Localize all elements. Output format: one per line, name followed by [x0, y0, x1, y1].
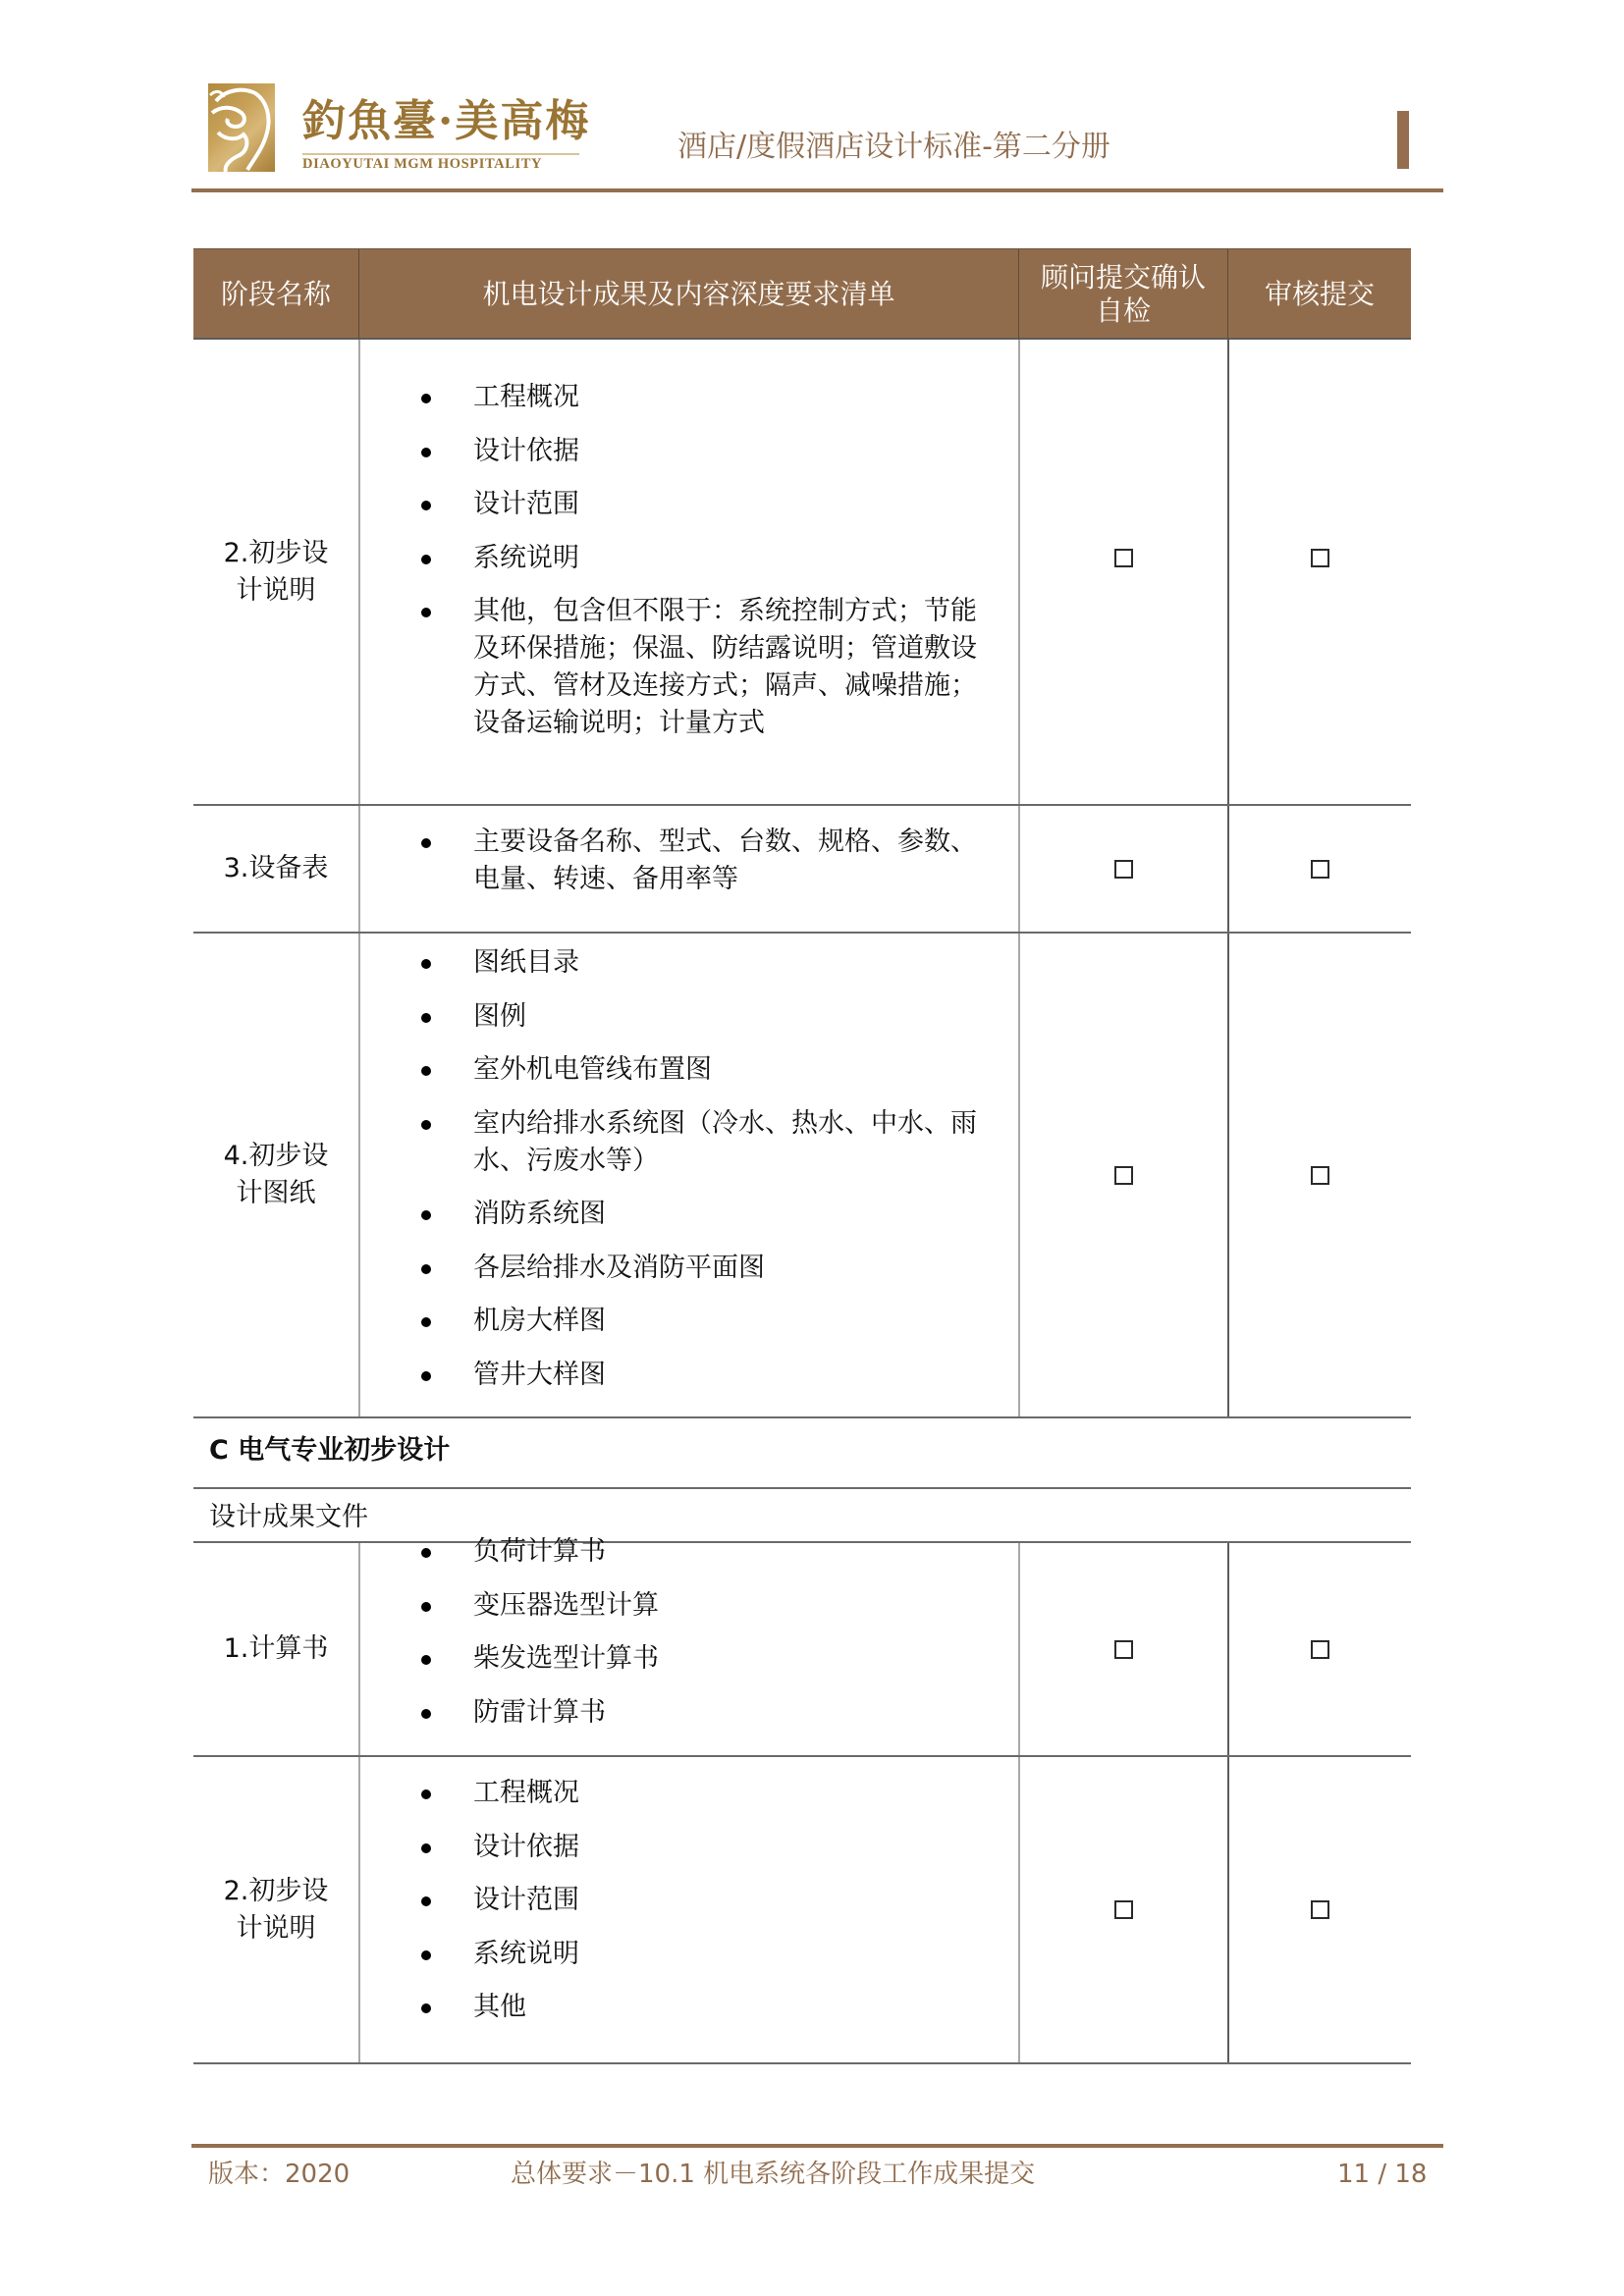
stage-name: 2.初步设计说明 — [193, 1757, 358, 2062]
bullet-icon — [421, 1371, 431, 1381]
consultant-checkbox[interactable] — [1114, 860, 1133, 879]
bullet-icon — [421, 1120, 431, 1130]
list-item: 图纸目录 — [360, 944, 1018, 982]
bullet-icon — [421, 959, 431, 969]
bullet-icon — [421, 1066, 431, 1076]
review-submit-cell — [1227, 340, 1411, 804]
consultant-checkbox[interactable] — [1114, 549, 1133, 567]
document-title: 酒店/度假酒店设计标准-第二分册 — [677, 130, 1110, 165]
bullet-icon — [421, 1317, 431, 1327]
deliverables-cell: 工程概况 设计依据 设计范围 系统说明 其他，包含但不限于：系统控制方式；节能及… — [358, 340, 1018, 804]
table-row: 4.初步设计图纸 图纸目录 图例 室外机电管线布置图 室内给排水系统图（冷水、热… — [193, 934, 1411, 1418]
footer-section: 总体要求－10.1 机电系统各阶段工作成果提交 — [511, 2158, 1035, 2191]
footer-version: 版本：2020 — [208, 2158, 350, 2191]
list-item: 防雷计算书 — [360, 1694, 1018, 1732]
list-item: 图例 — [360, 998, 1018, 1036]
consultant-check-cell — [1018, 340, 1227, 804]
deliverables-list: 工程概况 设计依据 设计范围 系统说明 其他，包含但不限于：系统控制方式；节能及… — [360, 379, 1018, 759]
consultant-checkbox[interactable] — [1114, 1640, 1133, 1659]
review-submit-cell — [1227, 806, 1411, 932]
logo-english-name: DIAOYUTAI MGM HOSPITALITY — [302, 156, 542, 173]
consultant-checkbox[interactable] — [1114, 1166, 1133, 1185]
list-item: 室外机电管线布置图 — [360, 1051, 1018, 1089]
logo-divider — [302, 153, 579, 155]
deliverables-list: 图纸目录 图例 室外机电管线布置图 室内给排水系统图（冷水、热水、中水、雨水、污… — [360, 944, 1018, 1410]
subsection-title: 设计成果文件 — [209, 1499, 368, 1536]
list-item: 系统说明 — [360, 1936, 1018, 1973]
consultant-checkbox[interactable] — [1114, 1900, 1133, 1919]
column-header-deliverables: 机电设计成果及内容深度要求清单 — [358, 249, 1018, 339]
column-header-stage: 阶段名称 — [193, 249, 358, 339]
bullet-icon — [421, 1013, 431, 1023]
bullet-icon — [421, 1709, 431, 1719]
list-item: 室内给排水系统图（冷水、热水、中水、雨水、污废水等） — [360, 1105, 1018, 1180]
consultant-check-cell — [1018, 934, 1227, 1416]
list-item: 变压器选型计算 — [360, 1587, 1018, 1625]
logo-emblem — [208, 83, 275, 172]
list-item: 其他，包含但不限于：系统控制方式；节能及环保措施；保温、防结露说明；管道敷设方式… — [360, 593, 1018, 742]
list-item: 工程概况 — [360, 379, 1018, 416]
deliverables-list: 工程概况 设计依据 设计范围 系统说明 其他 — [360, 1775, 1018, 2043]
table-row: 2.初步设计说明 工程概况 设计依据 设计范围 系统说明 其他 — [193, 1757, 1411, 2064]
list-item: 设计依据 — [360, 433, 1018, 470]
list-item: 柴发选型计算书 — [360, 1640, 1018, 1678]
list-item: 负荷计算书 — [360, 1533, 1018, 1571]
table-row: 1.计算书 负荷计算书 变压器选型计算 柴发选型计算书 防雷计算书 — [193, 1543, 1411, 1757]
list-item: 机房大样图 — [360, 1303, 1018, 1340]
consultant-check-cell — [1018, 1543, 1227, 1755]
list-item: 管井大样图 — [360, 1357, 1018, 1394]
bullet-icon — [421, 1789, 431, 1799]
logo-chinese-name: 釣魚臺·美高梅 — [302, 96, 590, 147]
list-item: 设计范围 — [360, 486, 1018, 523]
review-checkbox[interactable] — [1311, 1166, 1329, 1185]
header-accent-bar — [1397, 111, 1409, 169]
consultant-check-cell — [1018, 1757, 1227, 2062]
footer-page-number: 11 / 18 — [1337, 2158, 1427, 2191]
stage-name: 2.初步设计说明 — [193, 340, 358, 804]
table-row: 3.设备表 主要设备名称、型式、台数、规格、参数、电量、转速、备用率等 — [193, 806, 1411, 934]
bullet-icon — [421, 1210, 431, 1220]
bullet-icon — [421, 838, 431, 848]
section-header-row: C 电气专业初步设计 — [193, 1418, 1411, 1489]
review-checkbox[interactable] — [1311, 1640, 1329, 1659]
review-checkbox[interactable] — [1311, 860, 1329, 879]
list-item: 主要设备名称、型式、台数、规格、参数、电量、转速、备用率等 — [360, 824, 1018, 898]
deliverables-cell: 图纸目录 图例 室外机电管线布置图 室内给排水系统图（冷水、热水、中水、雨水、污… — [358, 934, 1018, 1416]
bullet-icon — [421, 448, 431, 457]
list-item: 系统说明 — [360, 540, 1018, 577]
section-title: C 电气专业初步设计 — [209, 1432, 450, 1469]
table-header: 阶段名称 机电设计成果及内容深度要求清单 顾问提交确认 自检 审核提交 — [193, 248, 1411, 340]
bullet-icon — [421, 1950, 431, 1960]
bullet-icon — [421, 501, 431, 510]
review-submit-cell — [1227, 934, 1411, 1416]
bullet-icon — [421, 1843, 431, 1853]
deliverables-cell: 负荷计算书 变压器选型计算 柴发选型计算书 防雷计算书 — [358, 1543, 1018, 1755]
deliverables-cell: 主要设备名称、型式、台数、规格、参数、电量、转速、备用率等 — [358, 806, 1018, 932]
list-item: 工程概况 — [360, 1775, 1018, 1812]
bullet-icon — [421, 1264, 431, 1274]
stage-name: 3.设备表 — [193, 806, 358, 932]
bullet-icon — [421, 608, 431, 617]
bullet-icon — [421, 1602, 431, 1612]
list-item: 消防系统图 — [360, 1196, 1018, 1233]
bullet-icon — [421, 1896, 431, 1906]
bullet-icon — [421, 394, 431, 403]
list-item: 设计范围 — [360, 1882, 1018, 1919]
deliverables-list: 负荷计算书 变压器选型计算 柴发选型计算书 防雷计算书 — [360, 1533, 1018, 1747]
bullet-icon — [421, 2003, 431, 2013]
review-submit-cell — [1227, 1543, 1411, 1755]
deliverables-cell: 工程概况 设计依据 设计范围 系统说明 其他 — [358, 1757, 1018, 2062]
list-item: 设计依据 — [360, 1829, 1018, 1866]
footer-rule — [191, 2144, 1443, 2148]
deliverables-list: 主要设备名称、型式、台数、规格、参数、电量、转速、备用率等 — [360, 824, 1018, 915]
column-header-consultant-check: 顾问提交确认 自检 — [1018, 249, 1227, 339]
review-checkbox[interactable] — [1311, 1900, 1329, 1919]
bullet-icon — [421, 555, 431, 564]
review-submit-cell — [1227, 1757, 1411, 2062]
header-rule — [191, 188, 1443, 192]
bullet-icon — [421, 1548, 431, 1558]
column-header-review-submit: 审核提交 — [1227, 249, 1411, 339]
lion-emblem-icon — [208, 83, 275, 172]
list-item: 各层给排水及消防平面图 — [360, 1250, 1018, 1287]
table-row: 2.初步设计说明 工程概况 设计依据 设计范围 系统说明 其他，包含但不限于：系… — [193, 340, 1411, 806]
stage-name: 1.计算书 — [193, 1543, 358, 1755]
list-item: 其他 — [360, 1989, 1018, 2026]
bullet-icon — [421, 1655, 431, 1665]
review-checkbox[interactable] — [1311, 549, 1329, 567]
consultant-check-cell — [1018, 806, 1227, 932]
stage-name: 4.初步设计图纸 — [193, 934, 358, 1416]
